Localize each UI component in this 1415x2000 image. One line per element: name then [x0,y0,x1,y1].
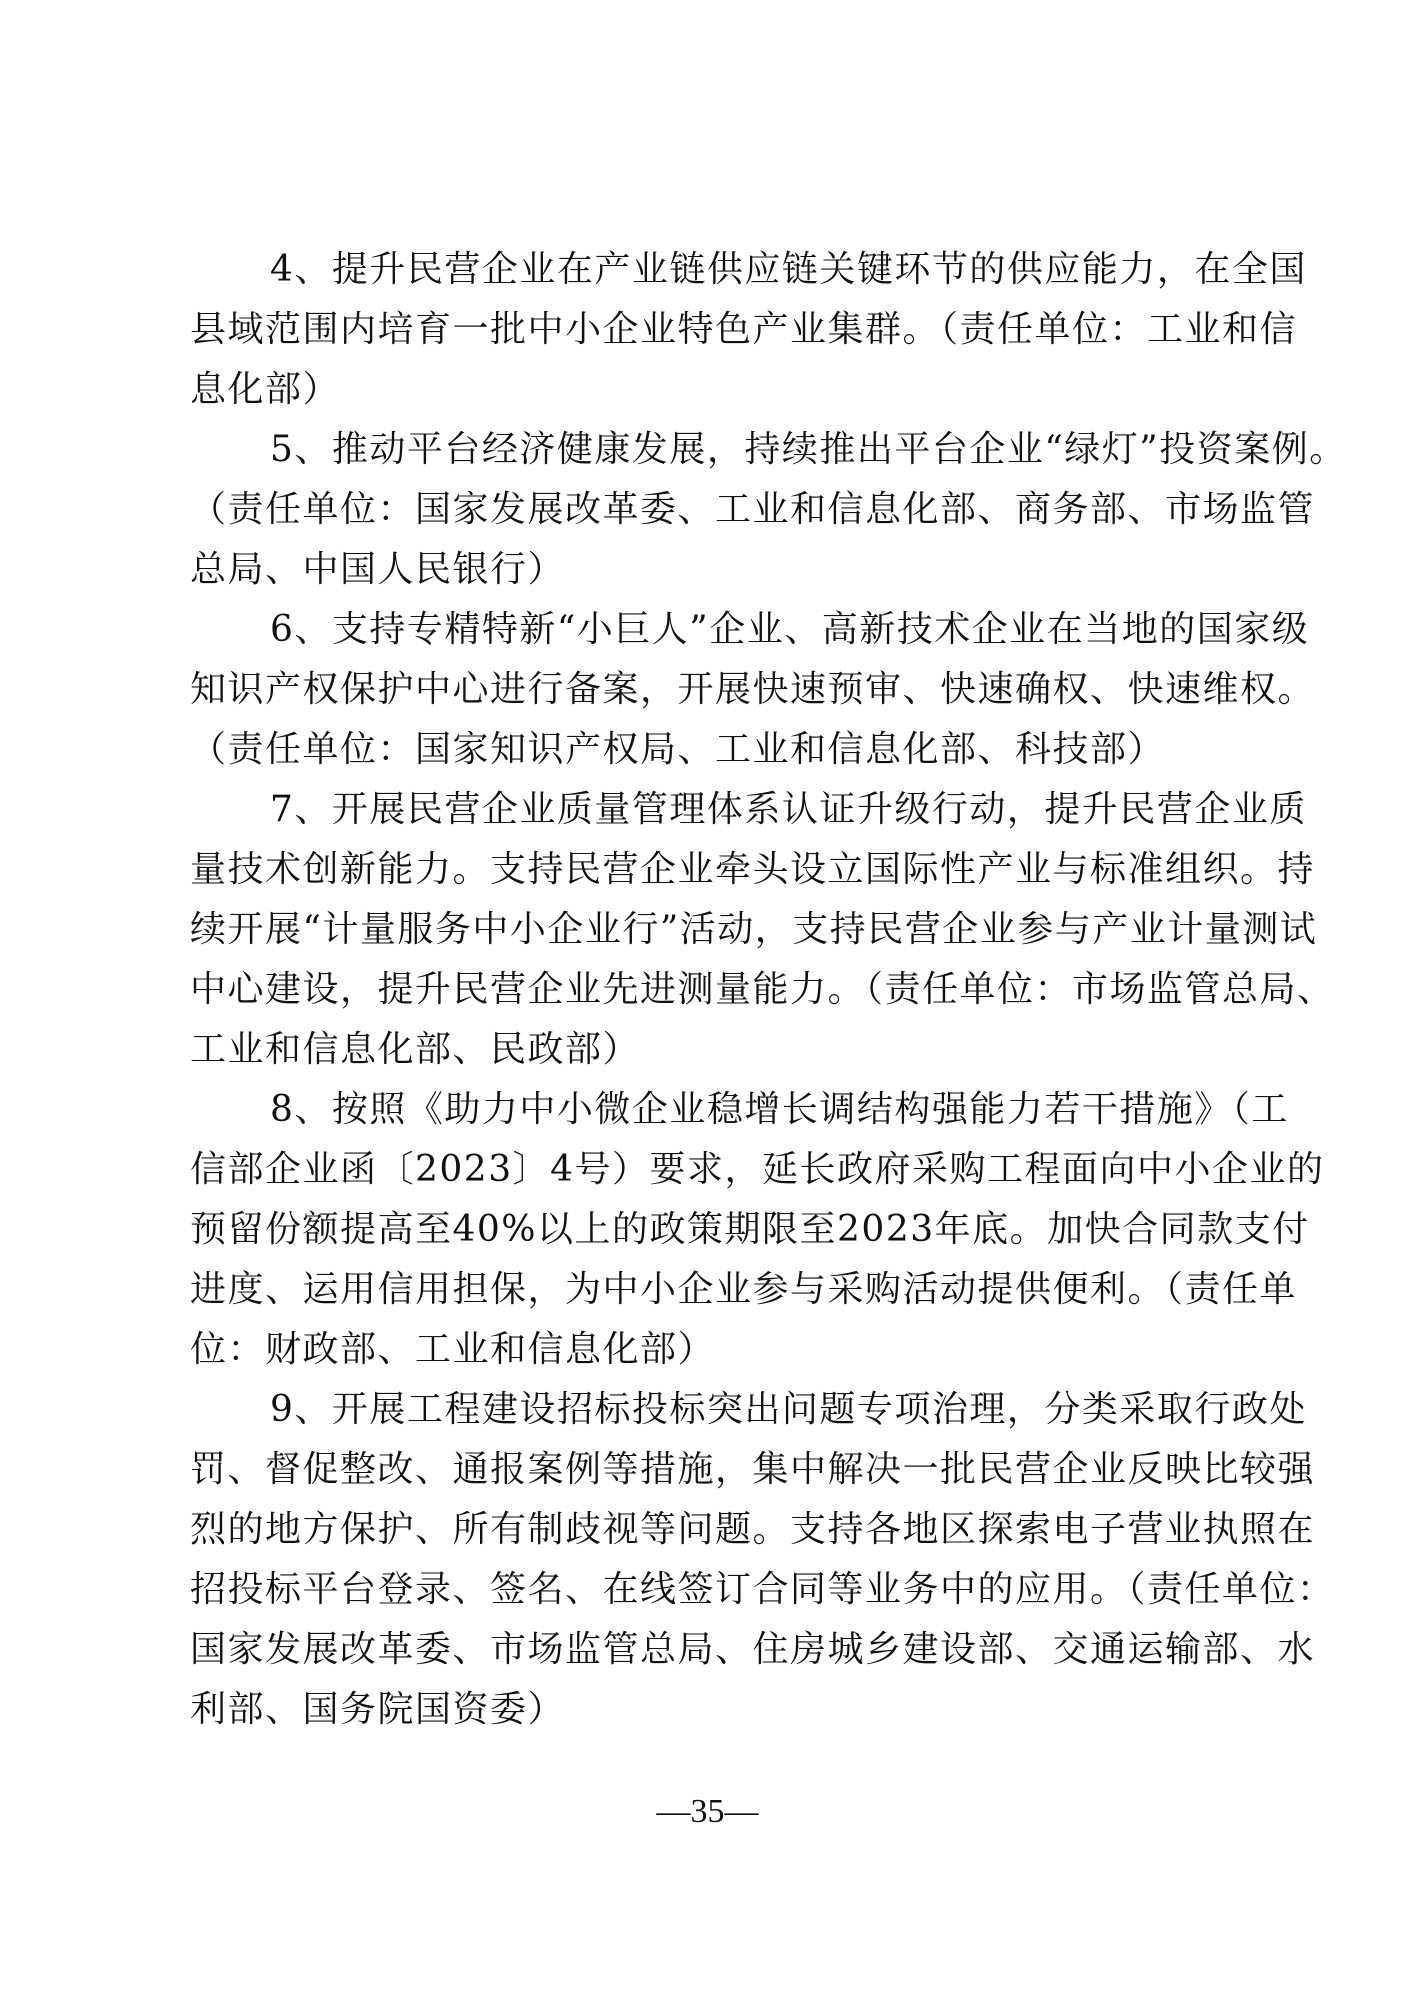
paragraph-line: 6、支持专精特新“小巨人”企业、高新技术企业在当地的国家级 [190,606,1238,666]
paragraph-line: 信部企业函〔2023〕4号）要求，延长政府采购工程面向中小企业的 [190,1146,1238,1206]
paragraph-line: 利部、国务院国资委） [190,1686,1238,1746]
paragraph-line: 5、推动平台经济健康发展，持续推出平台企业“绿灯”投资案例。 [190,426,1238,486]
paragraph-line: 9、开展工程建设招标投标突出问题专项治理，分类采取行政处 [190,1386,1238,1446]
paragraph-item-6: 6、支持专精特新“小巨人”企业、高新技术企业在当地的国家级 知识产权保护中心进行… [190,606,1238,786]
paragraph-line: 国家发展改革委、市场监管总局、住房城乡建设部、交通运输部、水 [190,1626,1238,1686]
paragraph-line: 4、提升民营企业在产业链供应链关键环节的供应能力，在全国 [190,246,1238,306]
paragraph-line: 中心建设，提升民营企业先进测量能力。（责任单位：市场监管总局、 [190,966,1238,1026]
paragraph-line: 工业和信息化部、民政部） [190,1026,1238,1086]
paragraph-item-4: 4、提升民营企业在产业链供应链关键环节的供应能力，在全国 县域范围内培育一批中小… [190,246,1238,426]
paragraph-item-5: 5、推动平台经济健康发展，持续推出平台企业“绿灯”投资案例。 （责任单位：国家发… [190,426,1238,606]
paragraph-line: （责任单位：国家知识产权局、工业和信息化部、科技部） [190,726,1238,786]
paragraph-item-8: 8、按照《助力中小微企业稳增长调结构强能力若干措施》（工 信部企业函〔2023〕… [190,1086,1238,1386]
paragraph-line: 知识产权保护中心进行备案，开展快速预审、快速确权、快速维权。 [190,666,1238,726]
paragraph-line: 招投标平台登录、签名、在线签订合同等业务中的应用。（责任单位： [190,1566,1238,1626]
paragraph-line: 量技术创新能力。支持民营企业牵头设立国际性产业与标准组织。持 [190,846,1238,906]
paragraph-line: 位：财政部、工业和信息化部） [190,1326,1238,1386]
paragraph-line: 罚、督促整改、通报案例等措施，集中解决一批民营企业反映比较强 [190,1446,1238,1506]
paragraph-line: 预留份额提高至40%以上的政策期限至2023年底。加快合同款支付 [190,1206,1238,1266]
paragraph-line: 息化部） [190,366,1238,426]
page-number: —35— [0,1790,1415,1834]
document-page: 4、提升民营企业在产业链供应链关键环节的供应能力，在全国 县域范围内培育一批中小… [0,0,1415,2000]
document-body: 4、提升民营企业在产业链供应链关键环节的供应能力，在全国 县域范围内培育一批中小… [190,246,1238,1746]
paragraph-line: 7、开展民营企业质量管理体系认证升级行动，提升民营企业质 [190,786,1238,846]
paragraph-item-9: 9、开展工程建设招标投标突出问题专项治理，分类采取行政处 罚、督促整改、通报案例… [190,1386,1238,1746]
paragraph-line: 烈的地方保护、所有制歧视等问题。支持各地区探索电子营业执照在 [190,1506,1238,1566]
paragraph-line: 续开展“计量服务中小企业行”活动，支持民营企业参与产业计量测试 [190,906,1238,966]
paragraph-line: 总局、中国人民银行） [190,546,1238,606]
paragraph-line: 8、按照《助力中小微企业稳增长调结构强能力若干措施》（工 [190,1086,1238,1146]
paragraph-item-7: 7、开展民营企业质量管理体系认证升级行动，提升民营企业质 量技术创新能力。支持民… [190,786,1238,1086]
paragraph-line: 进度、运用信用担保，为中小企业参与采购活动提供便利。（责任单 [190,1266,1238,1326]
paragraph-line: （责任单位：国家发展改革委、工业和信息化部、商务部、市场监管 [190,486,1238,546]
paragraph-line: 县域范围内培育一批中小企业特色产业集群。（责任单位：工业和信 [190,306,1238,366]
